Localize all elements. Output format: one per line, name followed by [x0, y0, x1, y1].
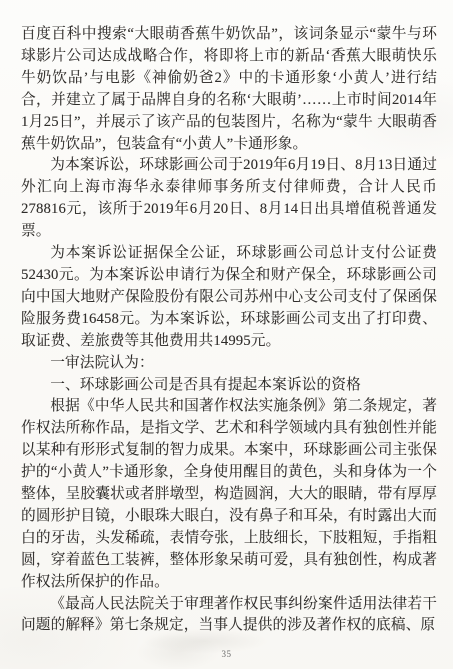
- paragraph-lawyer-fees: 为本案诉讼，环球影画公司于2019年6月19日、8月13日通过外汇向上海市海华永…: [21, 155, 437, 243]
- scanned-document-page: 百度百科中搜索“大眼萌香蕉牛奶饮品”，该词条显示“蒙牛与环球影片公司达成战略合作…: [0, 0, 453, 669]
- heading-issue-one-standing-to-sue: 一、环球影画公司是否具有提起本案诉讼的资格: [21, 375, 437, 397]
- paragraph-notary-and-preservation-fees: 为本案诉讼证据保全公证，环球影画公司总计支付公证费52430元。为本案诉讼申请行…: [21, 243, 437, 353]
- document-text-block: 百度百科中搜索“大眼萌香蕉牛奶饮品”，该词条显示“蒙牛与环球影片公司达成战略合作…: [21, 24, 437, 637]
- page-number: 35: [0, 648, 453, 660]
- paragraph-supreme-court-interpretation: 《最高人民法院关于审理著作权民事纠纷案件适用法律若干问题的解释》第七条规定，当事…: [21, 594, 437, 638]
- paragraph-baike-entry-continuation: 百度百科中搜索“大眼萌香蕉牛奶饮品”，该词条显示“蒙牛与环球影片公司达成战略合作…: [21, 24, 437, 155]
- heading-first-instance-court-opinion: 一审法院认为：: [21, 353, 437, 375]
- paragraph-copyright-regulation-analysis: 根据《中华人民共和国著作权法实施条例》第二条规定，著作权法所称作品，是指文学、艺…: [21, 396, 437, 593]
